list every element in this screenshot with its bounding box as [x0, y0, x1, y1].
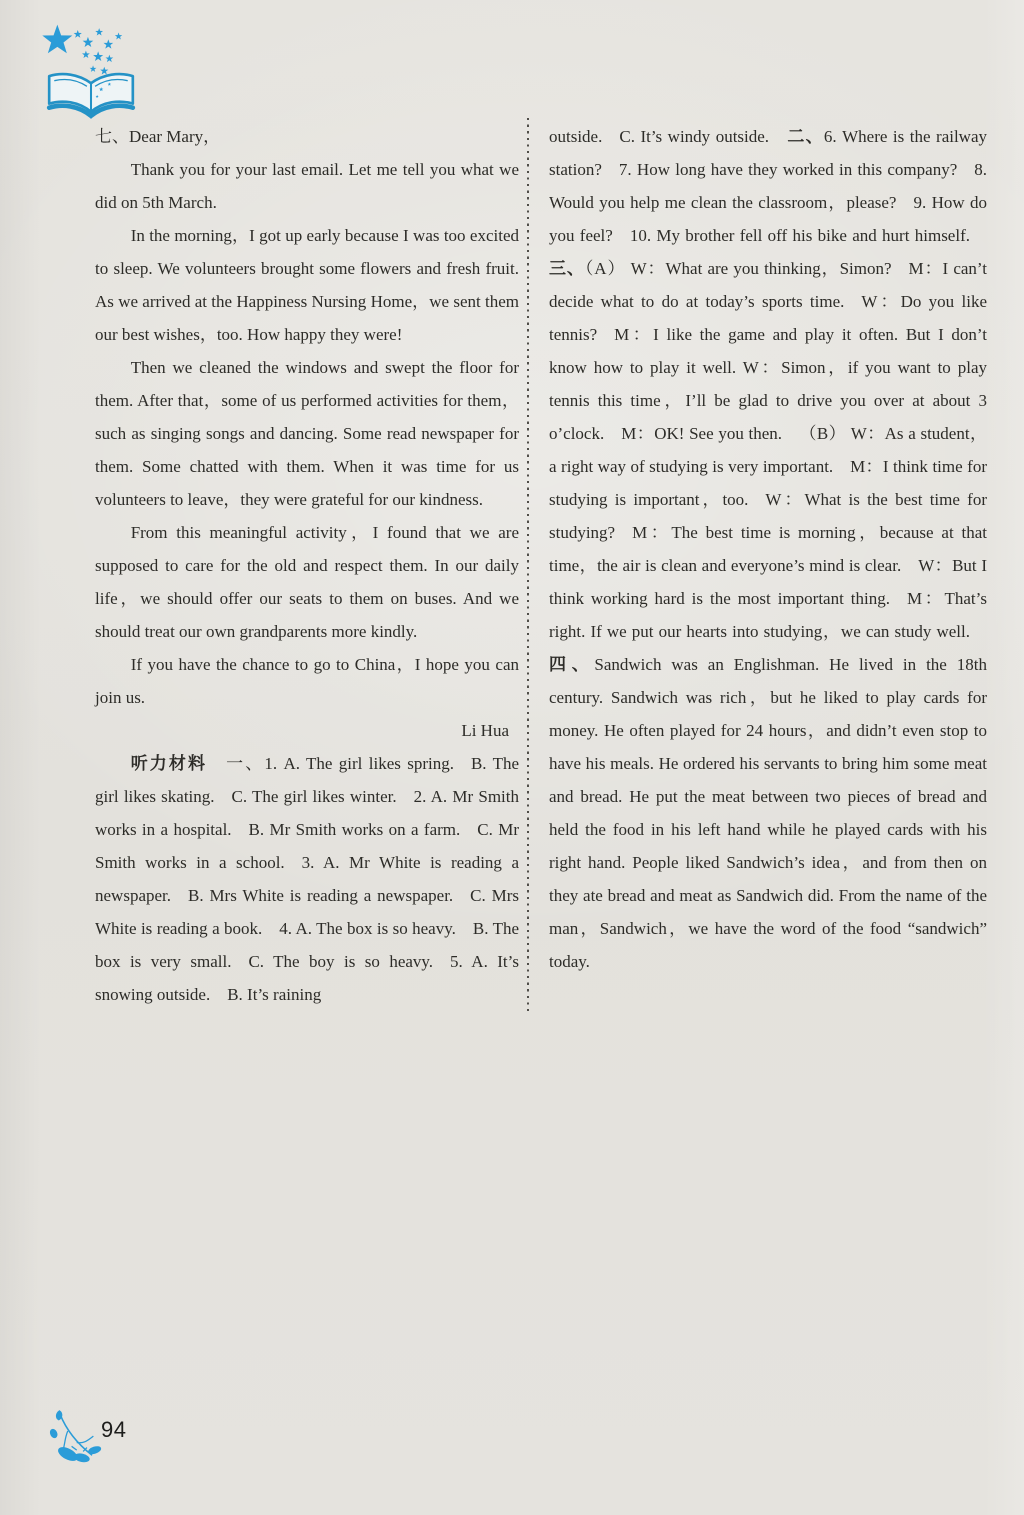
letter-paragraph-1: Thank you for your last email. Let me te…: [95, 153, 519, 219]
letter-paragraph-3: Then we cleaned the windows and swept th…: [95, 351, 519, 516]
listening-materials-continuation: outside. C. It’s windy outside. 二、6. Whe…: [549, 120, 987, 978]
letter-paragraph-5: If you have the chance to go to China，I …: [95, 648, 519, 714]
letter-signature: Li Hua: [95, 714, 519, 747]
page-number: 94: [101, 1417, 126, 1443]
listening-materials: 听力材料 一、1. A. The girl likes spring. B. T…: [95, 747, 519, 1011]
book-with-stars-icon: [40, 22, 142, 120]
section-three-marker: 三、: [549, 259, 585, 278]
star-cluster: [42, 25, 122, 75]
letter-paragraph-2: In the morning，I got up early because I …: [95, 219, 519, 351]
listening-materials-heading: 听力材料: [131, 754, 207, 773]
scanned-answer-page: 七、Dear Mary， Thank you for your last ema…: [0, 0, 1024, 1515]
open-book: [49, 74, 133, 116]
answer-segment-3: （A） W：What are you thinking，Simon? M：I c…: [549, 259, 991, 641]
answer-segment-4: Sandwich was an Englishman. He lived in …: [549, 655, 991, 971]
answer-segment-1: outside. C. It’s windy outside.: [549, 127, 786, 146]
section-four-marker: 四、: [549, 655, 594, 674]
left-column: 七、Dear Mary， Thank you for your last ema…: [95, 120, 519, 1011]
right-column: outside. C. It’s windy outside. 二、6. Whe…: [549, 120, 987, 978]
letter-paragraph-4: From this meaningful activity，I found th…: [95, 516, 519, 648]
letter-salutation: 七、Dear Mary，: [95, 120, 519, 153]
listening-materials-text: 一、1. A. The girl likes spring. B. The gi…: [95, 754, 523, 1004]
column-divider: [527, 118, 529, 1014]
section-two-marker: 二、: [786, 127, 824, 146]
